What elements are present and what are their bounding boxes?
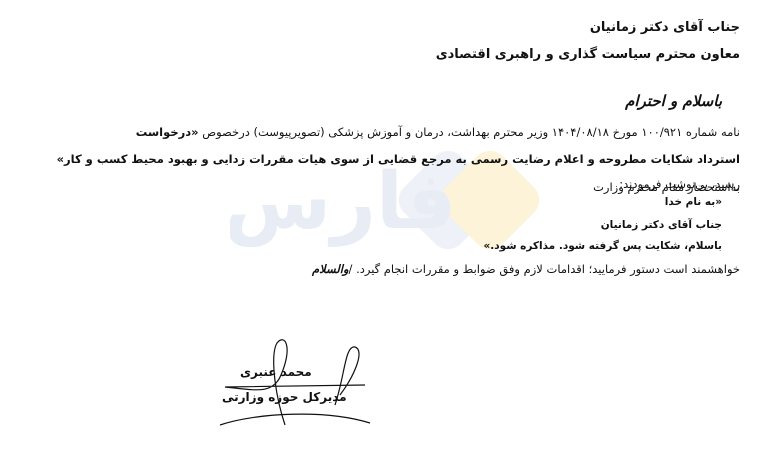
greeting: باسلام و احترام [625, 92, 722, 110]
quote-line-1: «به نام خدا [665, 196, 722, 208]
body-line-3: رسید، پی‌نوشت فرمودند: [619, 170, 740, 198]
signature-scribble-icon [215, 335, 375, 430]
closing-sign: والسلام [312, 262, 349, 276]
closing-text: خواهشمند است دستور فرمایید؛ اقدامات لازم… [349, 262, 740, 276]
signatory-title: مدیرکل حوزه وزارتی [222, 390, 347, 404]
body-line-1-text: نامه شماره ۱۰۰/۹۲۱ مورخ ۱۴۰۴/۰۸/۱۸ وزیر … [199, 125, 740, 139]
closing-line: خواهشمند است دستور فرمایید؛ اقدامات لازم… [312, 262, 740, 276]
quote-line-3: باسلام، شکایت پس گرفته شود. مذاکره شود.» [483, 240, 722, 252]
addressee-title: معاون محترم سیاست گذاری و راهبری اقتصادی [436, 47, 740, 62]
addressee-name: جناب آقای دکتر زمانیان [590, 20, 740, 35]
subject-text: استرداد شکایات مطروحه و اعلام رضایت رسمی… [57, 152, 740, 166]
subject-start: «درخواست [136, 125, 199, 139]
signatory-name: محمد عنبری [240, 365, 312, 379]
body-line-1: نامه شماره ۱۰۰/۹۲۱ مورخ ۱۴۰۴/۰۸/۱۸ وزیر … [50, 118, 740, 146]
quote-line-2: جناب آقای دکتر زمانیان [601, 219, 722, 231]
